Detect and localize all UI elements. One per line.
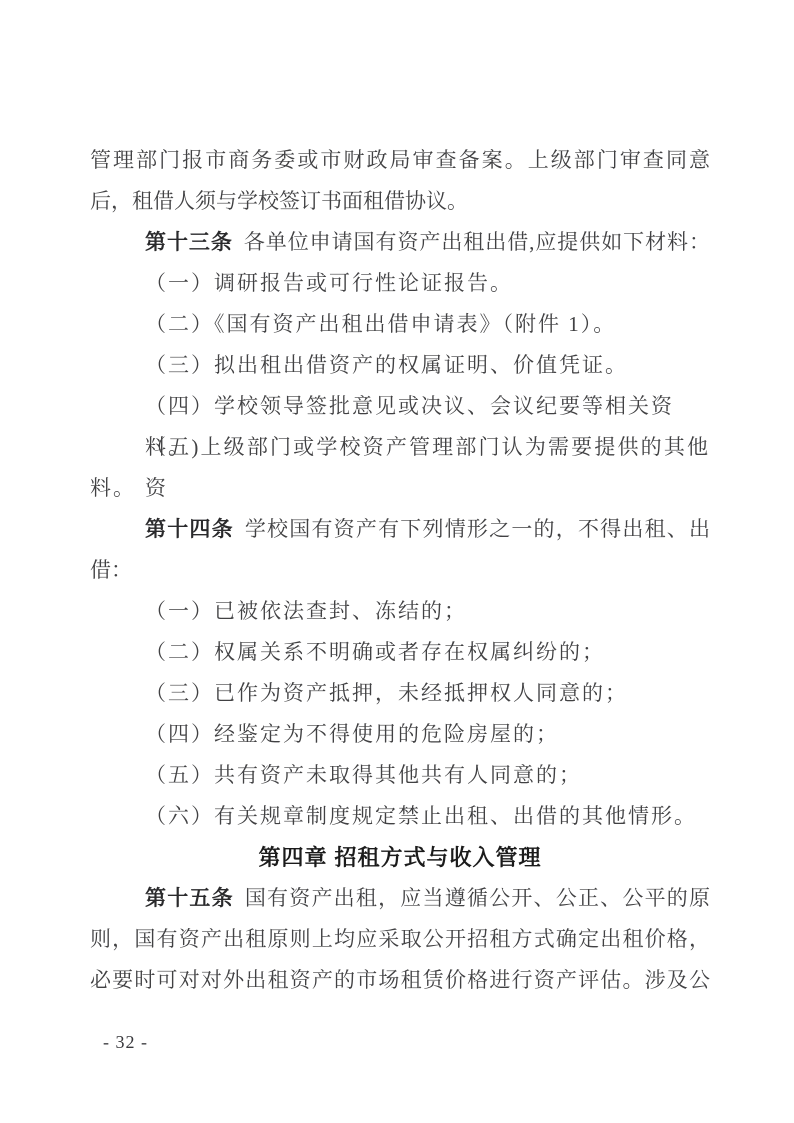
chapter-heading: 第四章 招租方式与收入管理 (90, 837, 710, 878)
article-number: 第十三条 (145, 230, 233, 254)
page-number: - 32 - (103, 1031, 148, 1053)
article-first-line: 第十五条国有资产出租，应当遵循公开、公正、公平的原 (90, 878, 710, 919)
paragraph-line: 后，租借人须与学校签订书面租借协议。 (90, 181, 710, 222)
list-item-line: （六）有关规章制度规定禁止出租、出借的其他情形。 (90, 796, 710, 837)
list-item-line: （三）拟出租出借资产的权属证明、价值凭证。 (90, 345, 710, 386)
article-first-line: 第十四条学校国有资产有下列情形之一的，不得出租、出 (90, 509, 710, 550)
paragraph-line: 管理部门报市商务委或市财政局审查备案。上级部门审查同意 (90, 140, 710, 181)
article-text: 学校国有资产有下列情形之一的，不得出租、出 (245, 517, 710, 541)
list-item-line: （五)上级部门或学校资产管理部门认为需要提供的其他资 (90, 427, 710, 468)
list-item-line: （二）《国有资产出租出借申请表》（附件 1）。 (90, 304, 710, 345)
paragraph-line: 则，国有资产出租原则上均应采取公开招租方式确定出租价格， (90, 919, 710, 960)
list-item-line: 料。 (90, 468, 710, 509)
article-text: 国有资产出租，应当遵循公开、公正、公平的原 (245, 886, 710, 910)
article-number: 第十四条 (145, 517, 234, 541)
article-first-line: 第十三条各单位申请国有资产出租出借,应提供如下材料： (90, 222, 710, 263)
list-item-line: （四）经鉴定为不得使用的危险房屋的； (90, 714, 710, 755)
article-number: 第十五条 (145, 886, 234, 910)
list-item-line: （四）学校领导签批意见或决议、会议纪要等相关资料。 (90, 386, 710, 427)
document-page: 管理部门报市商务委或市财政局审查备案。上级部门审查同意后，租借人须与学校签订书面… (0, 0, 794, 1123)
list-item-line: （三）已作为资产抵押，未经抵押权人同意的； (90, 673, 710, 714)
list-item-line: （五）共有资产未取得其他共有人同意的； (90, 755, 710, 796)
paragraph-line: 借： (90, 550, 710, 591)
document-body: 管理部门报市商务委或市财政局审查备案。上级部门审查同意后，租借人须与学校签订书面… (90, 140, 710, 1001)
paragraph-line: 必要时可对对外出租资产的市场租赁价格进行资产评估。涉及公 (90, 960, 710, 1001)
article-text: 各单位申请国有资产出租出借,应提供如下材料： (244, 230, 710, 254)
list-item-line: （二）权属关系不明确或者存在权属纠纷的； (90, 632, 710, 673)
list-item-line: （一）已被依法查封、冻结的； (90, 591, 710, 632)
list-item-line: （一）调研报告或可行性论证报告。 (90, 263, 710, 304)
